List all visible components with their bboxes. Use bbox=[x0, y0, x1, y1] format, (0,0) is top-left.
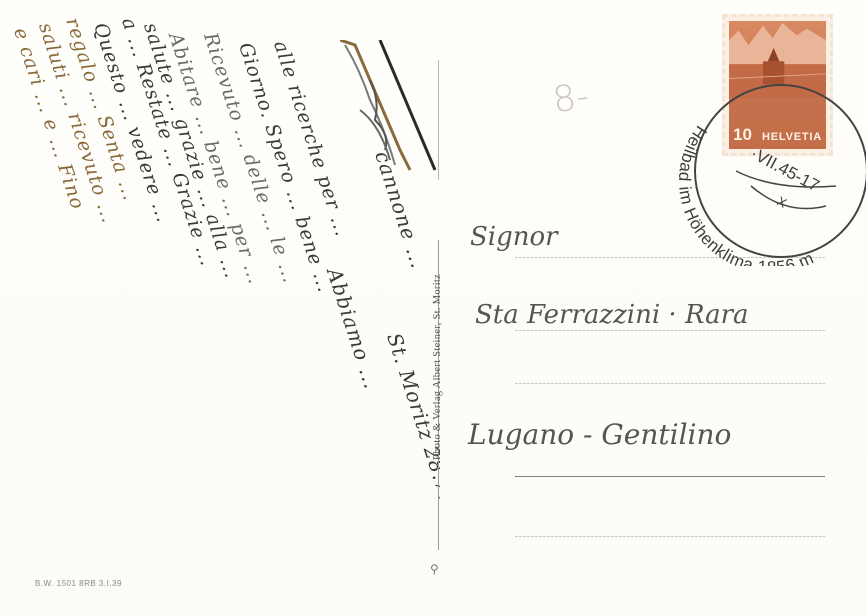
svg-text:Heilbad im Höhenklima 1856 m: Heilbad im Höhenklima 1856 m bbox=[676, 122, 817, 266]
handwritten-message: cannone ... alle ricerche per ... Giorno… bbox=[0, 0, 440, 616]
postcard-back: cannone ... alle ricerche per ... Giorno… bbox=[0, 0, 867, 616]
address-rule bbox=[515, 536, 825, 537]
svg-text:X: X bbox=[775, 193, 790, 210]
postmark-icon: Heilbad im Höhenklima 1856 m ·VII.45-17 … bbox=[676, 76, 866, 266]
publisher-logo-icon: ⚲ bbox=[430, 562, 439, 577]
address-rule bbox=[515, 383, 825, 384]
address-rule bbox=[515, 476, 825, 477]
print-code: B.W. 1501 8RB 3.I.39 bbox=[35, 579, 122, 588]
publisher-credit: Photo & Verlag Albert Steiner, St. Morit… bbox=[432, 274, 443, 460]
address-line-1: Signor bbox=[470, 222, 558, 252]
message-greeting: Abbiamo ... bbox=[322, 265, 384, 392]
address-line-2: Sta Ferrazzini · Rara bbox=[475, 300, 749, 330]
address-rule bbox=[515, 330, 825, 331]
pencil-note: 8- bbox=[550, 76, 591, 122]
divider bbox=[438, 60, 439, 180]
address-line-3: Lugano - Gentilino bbox=[468, 418, 731, 451]
